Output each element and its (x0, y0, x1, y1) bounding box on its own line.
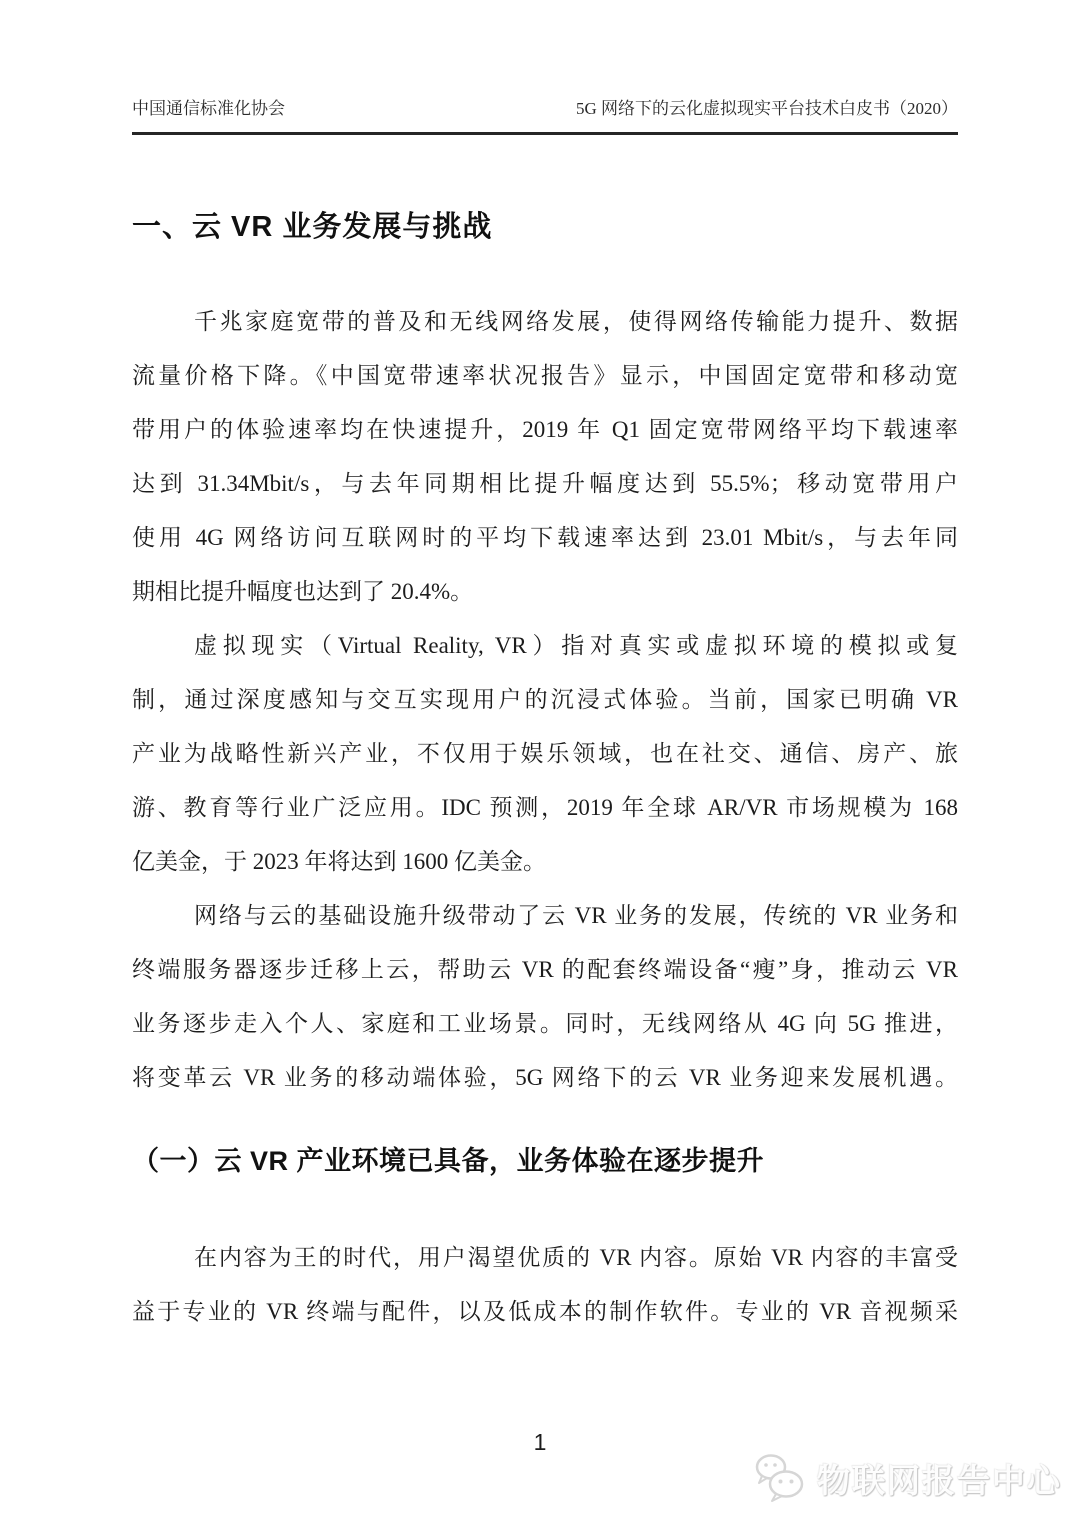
text-line: 流量价格下降。《中国宽带速率状况报告》显示，中国固定宽带和移动宽 (132, 349, 958, 403)
paragraph-3: 网络与云的基础设施升级带动了云 VR 业务的发展，传统的 VR 业务和 终端服务… (132, 889, 958, 1105)
text-line: 制，通过深度感知与交互实现用户的沉浸式体验。当前，国家已明确 VR (132, 673, 958, 727)
wechat-icon (751, 1450, 807, 1506)
header-right-text: 5G 网络下的云化虚拟现实平台技术白皮书（2020） (576, 98, 958, 120)
text-line: 在内容为王的时代，用户渴望优质的 VR 内容。原始 VR 内容的丰富受 (132, 1231, 958, 1285)
text-line: 使用 4G 网络访问互联网时的平均下载速率达到 23.01 Mbit/s，与去年… (132, 511, 958, 565)
section-heading: （一）云 VR 产业环境已具备，业务体验在逐步提升 (132, 1133, 958, 1189)
document-body: 千兆家庭宽带的普及和无线网络发展，使得网络传输能力提升、数据 流量价格下降。《中… (132, 295, 958, 1105)
paragraph-4: 在内容为王的时代，用户渴望优质的 VR 内容。原始 VR 内容的丰富受 益于专业… (132, 1231, 958, 1339)
header-left-text: 中国通信标准化协会 (132, 98, 285, 120)
text-line: 益于专业的 VR 终端与配件，以及低成本的制作软件。专业的 VR 音视频采 (132, 1285, 958, 1339)
text-line: 期相比提升幅度也达到了 20.4%。 (132, 565, 958, 619)
text-line: 将变革云 VR 业务的移动端体验，5G 网络下的云 VR 业务迎来发展机遇。 (132, 1051, 958, 1105)
text-line: 业务逐步走入个人、家庭和工业场景。同时，无线网络从 4G 向 5G 推进， (132, 997, 958, 1051)
paragraph-2: 虚拟现实（Virtual Reality, VR）指对真实或虚拟环境的模拟或复 … (132, 619, 958, 889)
text-line: 虚拟现实（Virtual Reality, VR）指对真实或虚拟环境的模拟或复 (132, 619, 958, 673)
text-line: 带用户的体验速率均在快速提升，2019 年 Q1 固定宽带网络平均下载速率 (132, 403, 958, 457)
chapter-title: 一、云 VR 业务发展与挑战 (132, 207, 958, 247)
text-line: 网络与云的基础设施升级带动了云 VR 业务的发展，传统的 VR 业务和 (132, 889, 958, 943)
header-divider (132, 132, 958, 135)
text-line: 终端服务器逐步迁移上云，帮助云 VR 的配套终端设备“瘦”身，推动云 VR (132, 943, 958, 997)
text-line: 亿美金，于 2023 年将达到 1600 亿美金。 (132, 835, 958, 889)
document-page: 中国通信标准化协会 5G 网络下的云化虚拟现实平台技术白皮书（2020） 一、云… (0, 0, 1080, 1527)
text-line: 千兆家庭宽带的普及和无线网络发展，使得网络传输能力提升、数据 (132, 295, 958, 349)
watermark-text: 物联网报告中心 (817, 1455, 1062, 1502)
watermark: 物联网报告中心 (751, 1450, 1062, 1506)
running-header: 中国通信标准化协会 5G 网络下的云化虚拟现实平台技术白皮书（2020） (0, 0, 1080, 120)
paragraph-1: 千兆家庭宽带的普及和无线网络发展，使得网络传输能力提升、数据 流量价格下降。《中… (132, 295, 958, 619)
text-line: 达到 31.34Mbit/s，与去年同期相比提升幅度达到 55.5%；移动宽带用… (132, 457, 958, 511)
document-body-continued: 在内容为王的时代，用户渴望优质的 VR 内容。原始 VR 内容的丰富受 益于专业… (132, 1231, 958, 1339)
text-line: 游、教育等行业广泛应用。IDC 预测，2019 年全球 AR/VR 市场规模为 … (132, 781, 958, 835)
text-line: 产业为战略性新兴产业，不仅用于娱乐领域，也在社交、通信、房产、旅 (132, 727, 958, 781)
